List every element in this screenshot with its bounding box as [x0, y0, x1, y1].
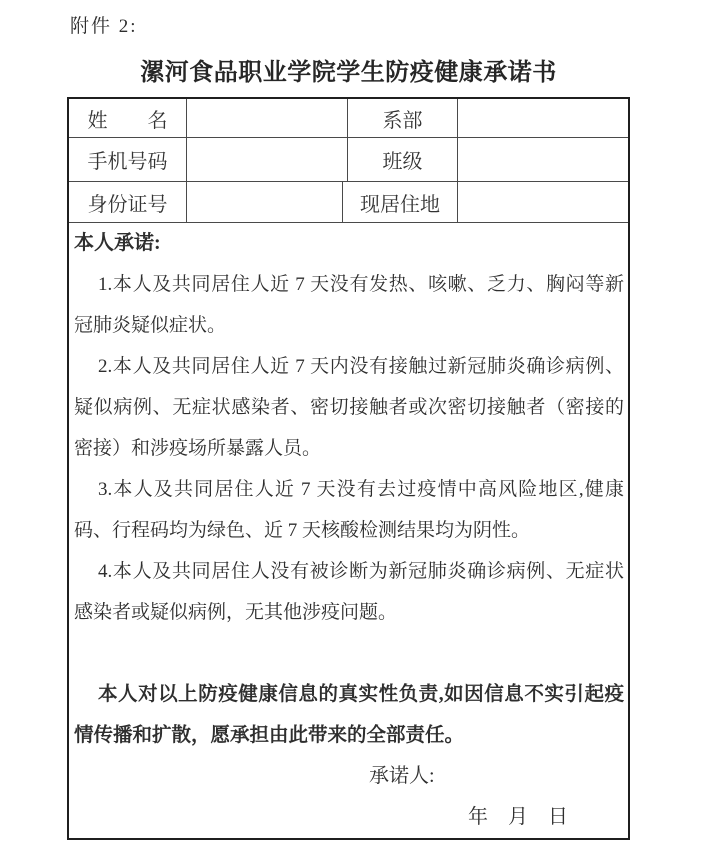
table-row: 手机号码 班级	[69, 138, 628, 182]
attachment-label: 附件 2:	[70, 11, 138, 38]
info-table: 姓 名 系部 手机号码 班级 身份证号 现居住地	[69, 99, 628, 223]
residence-value-cell	[458, 182, 628, 222]
department-label-cell: 系部	[348, 99, 458, 137]
commitment-item-3: 3.本人及共同居住人近 7 天没有去过疫情中高风险地区,健康码、行程码均为绿色、…	[74, 469, 624, 551]
department-value-cell	[458, 99, 628, 137]
commitment-heading: 本人承诺:	[74, 223, 624, 264]
phone-label-cell: 手机号码	[69, 138, 187, 181]
phone-value-cell	[187, 138, 348, 181]
declaration-paragraph: 本人对以上防疫健康信息的真实性负责,如因信息不实引起疫情传播和扩散，愿承担由此带…	[74, 674, 624, 756]
document-page: 附件 2: 漯河食品职业学院学生防疫健康承诺书 姓 名 系部 手机号码 班级 身…	[0, 0, 706, 868]
name-label-cell: 姓 名	[69, 99, 187, 137]
id-number-value-cell	[187, 182, 343, 222]
signer-label: 承诺人:	[74, 756, 624, 797]
name-value-cell	[187, 99, 348, 137]
class-label-cell: 班级	[348, 138, 458, 181]
page-title: 漯河食品职业学院学生防疫健康承诺书	[67, 52, 630, 87]
class-value-cell	[458, 138, 628, 181]
commitment-item-2: 2.本人及共同居住人近 7 天内没有接触过新冠肺炎确诊病例、疑似病例、无症状感染…	[74, 346, 624, 469]
residence-label-cell: 现居住地	[343, 182, 458, 222]
commitment-item-4: 4.本人及共同居住人没有被诊断为新冠肺炎确诊病例、无症状感染者或疑似病例，无其他…	[74, 551, 624, 633]
commitment-item-1: 1.本人及共同居住人近 7 天没有发热、咳嗽、乏力、胸闷等新冠肺炎疑似症状。	[74, 264, 624, 346]
table-row: 姓 名 系部	[69, 99, 628, 138]
commitment-body: 本人承诺: 1.本人及共同居住人近 7 天没有发热、咳嗽、乏力、胸闷等新冠肺炎疑…	[69, 223, 628, 838]
form-box: 姓 名 系部 手机号码 班级 身份证号 现居住地 本人承诺: 1.本人及共同居住…	[67, 97, 630, 840]
date-line: 年 月 日	[74, 797, 624, 838]
table-row: 身份证号 现居住地	[69, 182, 628, 223]
id-number-label-cell: 身份证号	[69, 182, 187, 222]
